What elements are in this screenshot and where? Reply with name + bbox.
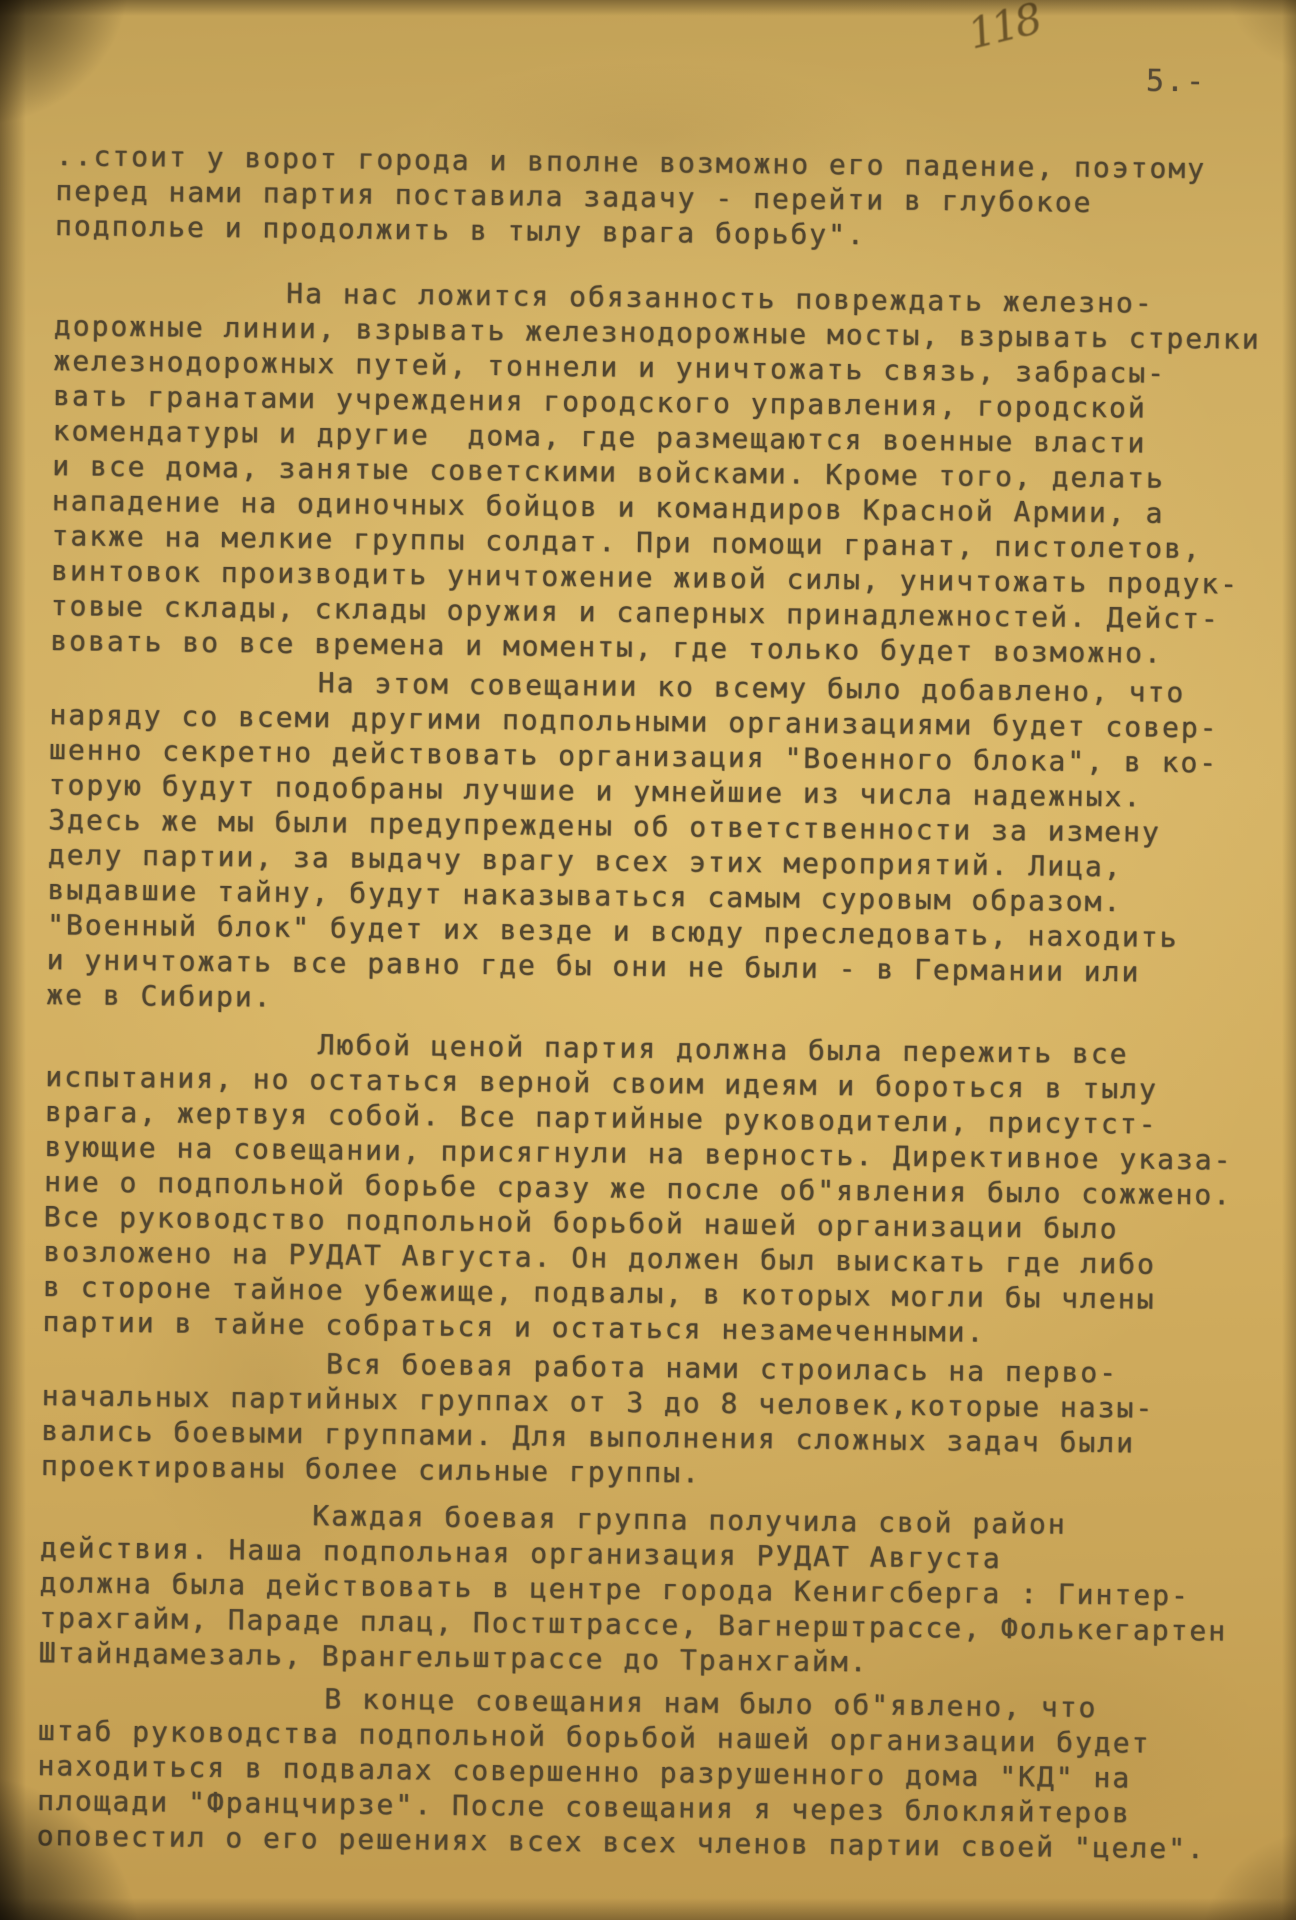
document-page: 118 5.- ..стоит у ворот города и вполне …: [0, 0, 1296, 1920]
typewritten-text: ..стоит у ворот города и вполне возможно…: [37, 138, 1286, 1867]
paragraph-operation-area: Каждая боевая группа получила свой район…: [39, 1495, 1271, 1684]
paragraph-party-loyalty: Любой ценой партия должна была пережить …: [42, 1024, 1275, 1353]
handwritten-page-number: 118: [963, 0, 1044, 59]
page-number: 5.-: [1146, 64, 1207, 100]
paragraph-continuation: ..стоит у ворот города и вполне возможно…: [55, 138, 1286, 257]
paragraph-combat-groups: Вся боевая работа нами строилась на перв…: [41, 1343, 1273, 1497]
paragraph-military-bloc: На этом совещании ко всему было добавлен…: [46, 662, 1280, 1026]
paragraph-headquarters: В конце совещания нам было об"явлено, чт…: [37, 1678, 1269, 1867]
paragraph-sabotage-duties: На нас ложится обязанность повреждать же…: [50, 273, 1284, 672]
